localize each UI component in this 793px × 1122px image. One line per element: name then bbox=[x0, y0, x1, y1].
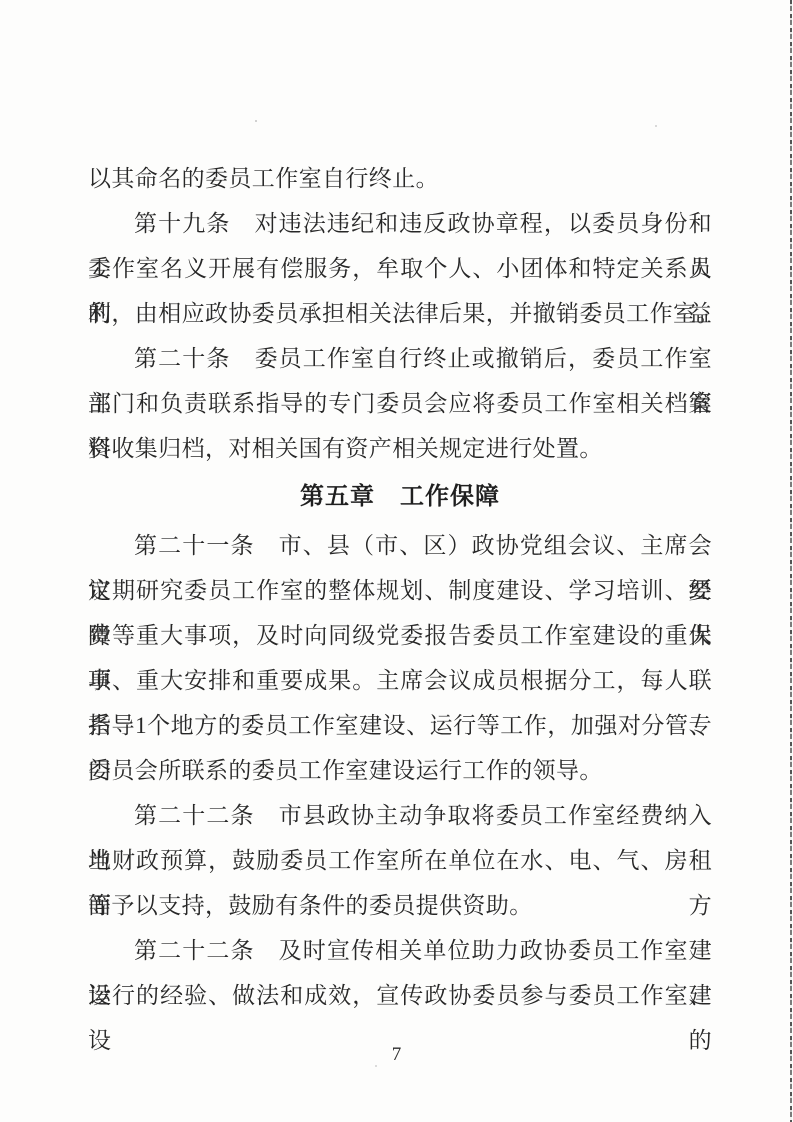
body-line: 障等重大事项，及时向同级党委报告委员工作室建设的重大事 bbox=[88, 613, 712, 658]
body-line: 以其命名的委员工作室自行终止。 bbox=[88, 156, 712, 201]
body-line: 指导1个地方的委员工作室建设、运行等工作，加强对分管专门 bbox=[88, 703, 712, 748]
body-line: 的，由相应政协委员承担相关法律后果，并撤销委员工作室。 bbox=[88, 291, 712, 336]
body-line: 地财政预算，鼓励委员工作室所在单位在水、电、气、房租等方 bbox=[88, 838, 712, 883]
page-number: 7 bbox=[0, 1044, 793, 1066]
body-line: 部门和负责联系指导的专门委员会应将委员工作室相关档案资 bbox=[88, 381, 712, 426]
body-line-article-22: 第二十二条 市县政协主动争取将委员工作室经费纳入当 bbox=[88, 793, 712, 838]
body-line-article-20: 第二十条 委员工作室自行终止或撤销后，委员工作室主管 bbox=[88, 336, 712, 381]
body-line: 运行的经验、做法和成效，宣传政协委员参与委员工作室建设的 bbox=[88, 973, 712, 1018]
body-line-article-21: 第二十一条 市、县（市、区）政协党组会议、主席会议要 bbox=[88, 523, 712, 568]
body-line: 料收集归档，对相关国有资产相关规定进行处置。 bbox=[88, 426, 712, 471]
body-line-article-22b: 第二十二条 及时宣传相关单位助力政协委员工作室建设、 bbox=[88, 928, 712, 973]
scan-noise-speckles bbox=[255, 120, 257, 122]
chapter-heading: 第五章 工作保障 bbox=[88, 471, 712, 523]
body-line: 项、重大安排和重要成果。主席会议成员根据分工，每人联系、 bbox=[88, 658, 712, 703]
scanned-document-page: 以其命名的委员工作室自行终止。 第十九条 对违法违纪和违反政协章程，以委员身份和… bbox=[0, 0, 793, 1122]
document-body: 以其命名的委员工作室自行终止。 第十九条 对违法违纪和违反政协章程，以委员身份和… bbox=[88, 156, 712, 1018]
body-line: 委员会所联系的委员工作室建设运行工作的领导。 bbox=[88, 748, 712, 793]
scan-edge-artifact bbox=[790, 0, 792, 1122]
body-line: 定期研究委员工作室的整体规划、制度建设、学习培训、经费保 bbox=[88, 568, 712, 613]
body-line: 工作室名义开展有偿服务，牟取个人、小团体和特定关系人利益 bbox=[88, 246, 712, 291]
body-line-article-19: 第十九条 对违法违纪和违反政协章程，以委员身份和委员 bbox=[88, 201, 712, 246]
